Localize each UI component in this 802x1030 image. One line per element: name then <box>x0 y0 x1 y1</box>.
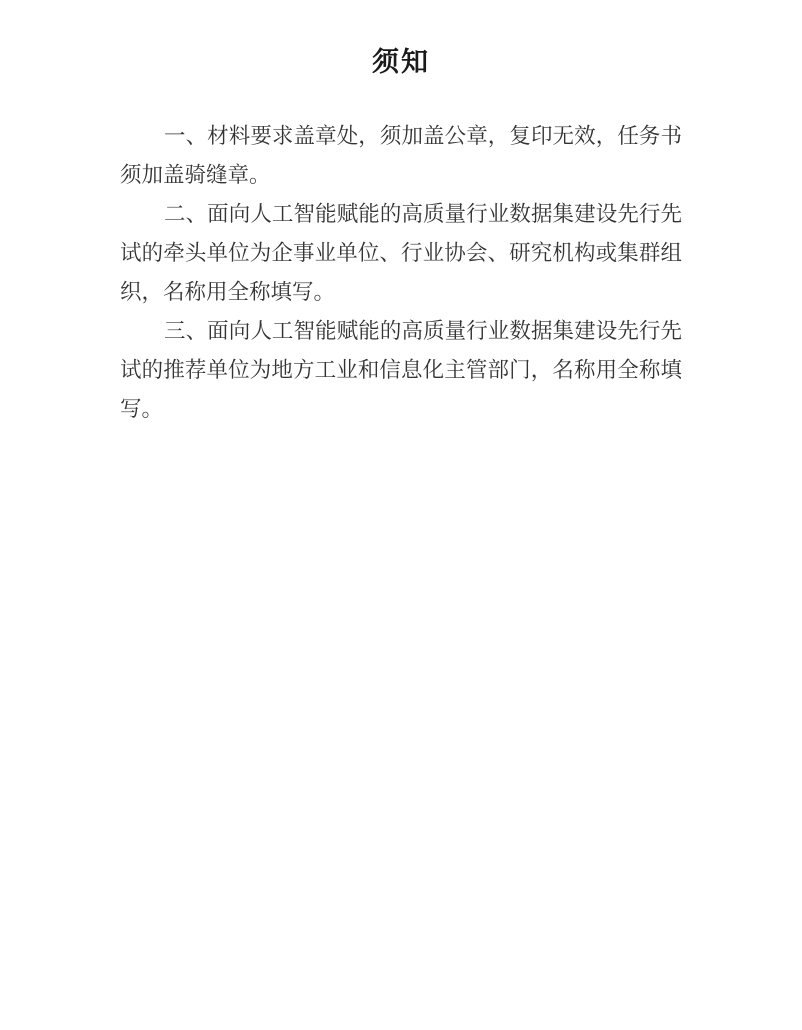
document-page: 须知 一、材料要求盖章处，须加盖公章，复印无效，任务书 须加盖骑缝章。 二、面向… <box>0 0 802 1030</box>
paragraph-1: 一、材料要求盖章处，须加盖公章，复印无效，任务书 须加盖骑缝章。 <box>120 117 682 195</box>
paragraph-line: 织，名称用全称填写。 <box>120 273 682 312</box>
page-title: 须知 <box>0 40 802 79</box>
document-body: 一、材料要求盖章处，须加盖公章，复印无效，任务书 须加盖骑缝章。 二、面向人工智… <box>120 117 682 429</box>
paragraph-line: 试的推荐单位为地方工业和信息化主管部门，名称用全称填 <box>120 351 682 390</box>
paragraph-line: 一、材料要求盖章处，须加盖公章，复印无效，任务书 <box>120 117 682 156</box>
paragraph-3: 三、面向人工智能赋能的高质量行业数据集建设先行先 试的推荐单位为地方工业和信息化… <box>120 312 682 429</box>
paragraph-line: 三、面向人工智能赋能的高质量行业数据集建设先行先 <box>120 312 682 351</box>
paragraph-line: 二、面向人工智能赋能的高质量行业数据集建设先行先 <box>120 195 682 234</box>
paragraph-2: 二、面向人工智能赋能的高质量行业数据集建设先行先 试的牵头单位为企事业单位、行业… <box>120 195 682 312</box>
paragraph-line: 写。 <box>120 390 682 429</box>
paragraph-line: 试的牵头单位为企事业单位、行业协会、研究机构或集群组 <box>120 234 682 273</box>
paragraph-line: 须加盖骑缝章。 <box>120 156 682 195</box>
